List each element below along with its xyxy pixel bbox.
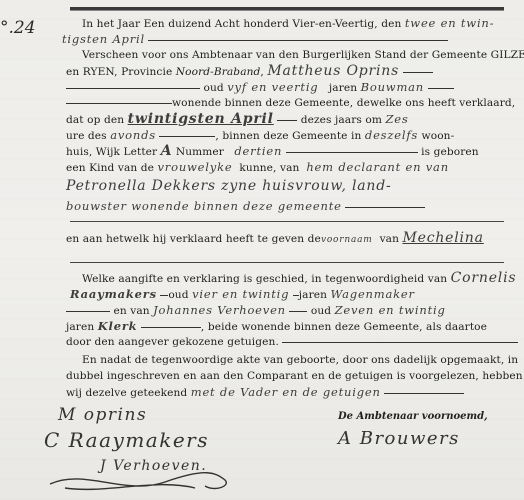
handwritten-number: dertien [234,144,282,158]
printed-text: Nummer [176,146,224,158]
signature-father: M oprins [58,405,147,425]
printed-text: oud [311,305,331,317]
printed-text: ure des [66,130,107,142]
line-6: wonende binnen deze Gemeente, dewelke on… [66,97,506,110]
blank-line [345,206,425,208]
handwritten-witness1-surname: Raaymakers [70,287,157,301]
printed-text: En nadat de tegenwoordige akte van geboo… [82,354,518,366]
printed-text: woon- [422,130,455,142]
handwritten-mother: Petronella Dekkers zyne huisvrouw, land- [66,178,392,194]
blank-line [282,341,518,343]
line-2: tigsten April [62,33,502,47]
act-number: °.24 [0,18,36,38]
printed-text: oud [168,289,188,301]
printed-text: een Kind van de [66,162,154,174]
line-11: Petronella Dekkers zyne huisvrouw, land- [66,180,506,194]
printed-text: wij dezelve geteekend [66,387,187,399]
line-20: dubbel ingeschreven en aan den Comparant… [66,370,506,383]
blank-line [403,71,433,73]
divider [70,221,504,222]
printed-text: dat op den [66,114,124,126]
line-16: en van Johannes Verhoeven oud Zeven en t… [66,304,506,318]
printed-text: wonende binnen deze Gemeente, dewelke on… [172,97,515,109]
handwritten-mother-occupation: bouwster wonende binnen deze gemeente [66,199,342,213]
signature-official: A Brouwers [338,428,460,449]
signature-witness1: C Raaymakers [44,428,209,452]
comma: , [260,66,263,78]
printed-text: en van [113,305,149,317]
blank-line [141,326,201,328]
printed-text: is geboren [421,146,479,158]
handwritten-witness1-first: Cornelis [451,270,517,286]
signature-flourish-icon [45,466,235,494]
handwritten-witness1-occupation: Wagenmaker [331,287,415,301]
printed-text: Verscheen voor ons Ambtenaar van den Bur… [82,49,524,61]
line-19: En nadat de tegenwoordige akte van geboo… [82,354,522,367]
handwritten-declarant-name: Mattheus Oprins [267,63,399,79]
handwritten-voornaam: voornaam [321,235,373,245]
printed-text: jaren [299,289,327,301]
printed-text: jaren [66,321,94,333]
blank-line [66,310,110,312]
printed-text: dubbel ingeschreven en aan den Comparant… [66,370,523,382]
official-title: De Ambtenaar voornoemd, [338,411,488,422]
handwritten-place: deszelfs [365,128,418,142]
blank-line [66,102,172,104]
blank-line [286,151,418,153]
handwritten-time: avonds [110,128,156,142]
line-8: ure des avonds , binnen deze Gemeente in… [66,129,506,143]
handwritten-parent: hem declarant en van [306,160,449,174]
printed-text: In het Jaar Een duizend Acht honderd Vie… [82,18,401,30]
blank-line [159,135,215,137]
line-18: door den aangever gekozene getuigen. [66,336,506,349]
printed-text: en aan hetwelk hij verklaard heeft te ge… [66,233,321,245]
line-12: bouwster wonende binnen deze gemeente [66,200,506,214]
blank-line [428,87,454,89]
handwritten-letter: A [161,143,173,159]
line-5: oud vyf en veertig jaren Bouwman [66,81,506,95]
printed-text: oud [203,82,223,94]
handwritten-witness1-age: vier en twintig [192,287,289,301]
printed-text: en RYEN, Provincie [66,66,172,78]
printed-text: , binnen deze Gemeente in [215,130,361,142]
line-1: In het Jaar Een duizend Acht honderd Vie… [82,17,522,31]
handwritten-signed-with: met de Vader en de getuigen [191,385,381,399]
blank-line [384,392,464,394]
province: Noord-Braband [176,66,261,78]
line-10: een Kind van de vrouwelyke kunne, van he… [66,161,506,175]
line-21: wij dezelve geteekend met de Vader en de… [66,386,506,400]
blank-line [148,39,448,41]
handwritten-witness2-age: Zeven en twintig [335,303,446,317]
line-9: huis, Wijk Letter A Nummer dertien is ge… [66,145,506,159]
line-15: Raaymakers oud vier en twintig jaren Wag… [70,288,510,302]
handwritten-age: vyf en veertig [227,80,318,94]
line-14: Welke aangifte en verklaring is geschied… [82,272,522,286]
printed-text: , beide wonende binnen deze Gemeente, al… [201,321,487,333]
handwritten-witness2-name: Johannes Verhoeven [153,303,286,317]
handwritten-witness2-occupation: Klerk [98,319,138,333]
top-rule [70,7,504,11]
printed-text: jaren [329,82,357,94]
handwritten-hour: Zes [386,112,409,126]
blank-line [289,310,307,312]
handwritten-occupation: Bouwman [361,80,424,94]
printed-text: door den aangever gekozene getuigen. [66,336,279,348]
handwritten-day: twee en twin- [405,16,494,30]
printed-text: Welke aangifte en verklaring is geschied… [82,273,447,285]
line-4: en RYEN, Provincie Noord-Braband, Matthe… [66,65,506,79]
handwritten-birth-date: twintigsten April [128,111,274,127]
line-13: en aan hetwelk hij verklaard heeft te ge… [66,232,506,247]
printed-text: van [380,233,399,245]
handwritten-child-name: Mechelina [402,230,483,246]
line-7: dat op den twintigsten April dezes jaars… [66,113,506,127]
blank-line [66,87,200,89]
line-17: jaren Klerk , beide wonende binnen deze … [66,320,506,334]
handwritten-month: tigsten April [62,32,145,46]
divider [70,262,504,263]
printed-text: huis, Wijk Letter [66,146,157,158]
handwritten-sex: vrouwelyke [158,160,233,174]
blank-line [277,119,297,121]
line-3: Verscheen voor ons Ambtenaar van den Bur… [82,49,522,62]
printed-text: kunne, van [239,162,299,174]
printed-text: dezes jaars om [301,114,382,126]
